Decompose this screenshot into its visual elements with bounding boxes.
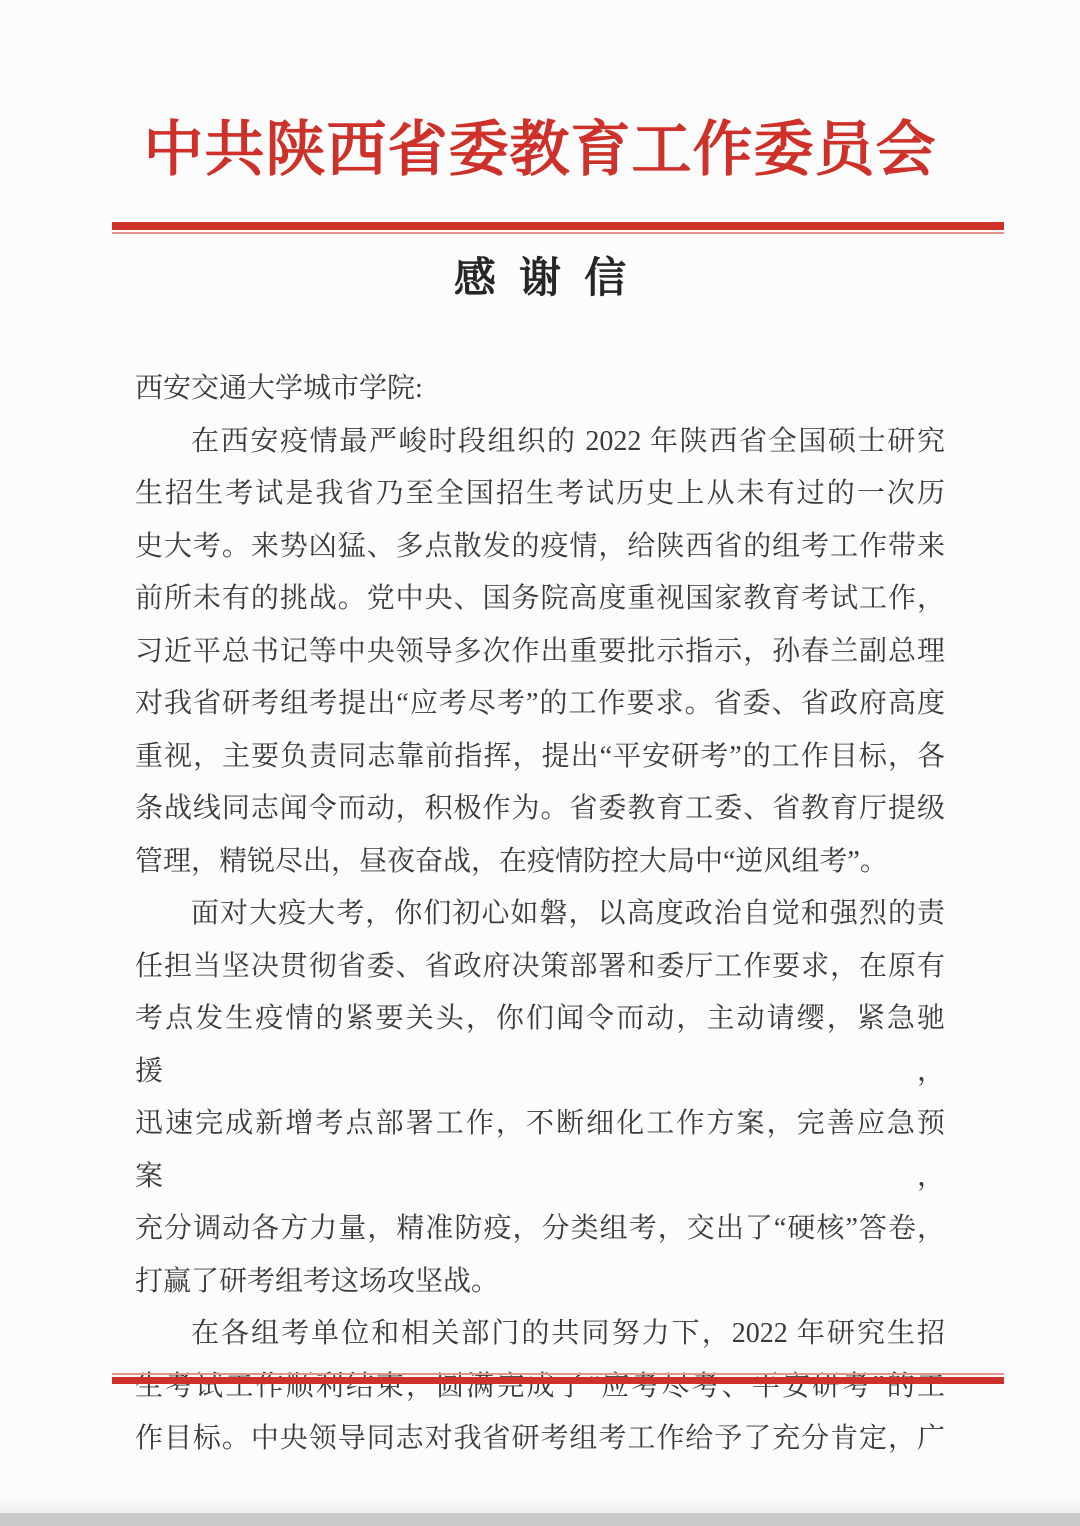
body-line: 史大考。来势凶猛、多点散发的疫情，给陕西省的组考工作带来 [135,521,945,574]
letter-body: 西安交通大学城市学院: 在西安疫情最严峻时段组织的 2022 年陕西省全国硕士研… [135,363,945,1466]
scan-bottom-shadow [0,1497,1080,1513]
body-line: 面对大疫大考，你们初心如磐，以高度政治自觉和强烈的责 [135,888,945,941]
footer-rule-thin [112,1373,1004,1375]
footer-double-rule [112,1373,1004,1384]
body-line: 习近平总书记等中央领导多次作出重要批示指示，孙春兰副总理 [135,626,945,679]
body-line: 在各组考单位和相关部门的共同努力下，2022 年研究生招 [135,1308,945,1361]
body-line: 作目标。中央领导同志对我省研考组考工作给予了充分肯定，广 [135,1413,945,1466]
footer-rule-thick [112,1377,1004,1384]
body-line: 生考试工作顺利结束，圆满完成了“应考尽考、平安研考”的工 [135,1361,945,1414]
salutation-line: 西安交通大学城市学院: [135,363,945,416]
scan-edge-strip [0,1513,1080,1526]
body-line: 在西安疫情最严峻时段组织的 2022 年陕西省全国硕士研究 [135,416,945,469]
body-line: 前所未有的挑战。党中央、国务院高度重视国家教育考试工作， [135,573,945,626]
body-line: 对我省研考组考提出“应考尽考”的工作要求。省委、省政府高度 [135,678,945,731]
letterhead-rule-thick [112,222,1004,230]
body-line: 充分调动各方力量，精准防疫，分类组考，交出了“硬核”答卷， [135,1203,945,1256]
letterhead-double-rule [112,222,1004,234]
scanned-letter-page: 中共陕西省委教育工作委员会 感谢信 西安交通大学城市学院: 在西安疫情最严峻时段… [0,0,1080,1526]
body-line: 管理，精锐尽出，昼夜奋战，在疫情防控大局中“逆风组考”。 [135,836,945,889]
body-line: 考点发生疫情的紧要关头，你们闻令而动，主动请缨，紧急驰援， [135,993,945,1098]
body-line: 重视，主要负责同志靠前指挥，提出“平安研考”的工作目标，各 [135,731,945,784]
letter-title: 感谢信 [0,254,1080,304]
body-line: 任担当坚决贯彻省委、省政府决策部署和委厅工作要求，在原有 [135,941,945,994]
letterhead-rule-thin [112,232,1004,234]
body-line: 迅速完成新增考点部署工作，不断细化工作方案，完善应急预案， [135,1098,945,1203]
body-line: 生招生考试是我省乃至全国招生考试历史上从未有过的一次历 [135,468,945,521]
body-line: 条战线同志闻令而动，积极作为。省委教育工委、省教育厅提级 [135,783,945,836]
body-line: 打赢了研考组考这场攻坚战。 [135,1256,945,1309]
letterhead-organization-title: 中共陕西省委教育工作委员会 [0,116,1080,185]
